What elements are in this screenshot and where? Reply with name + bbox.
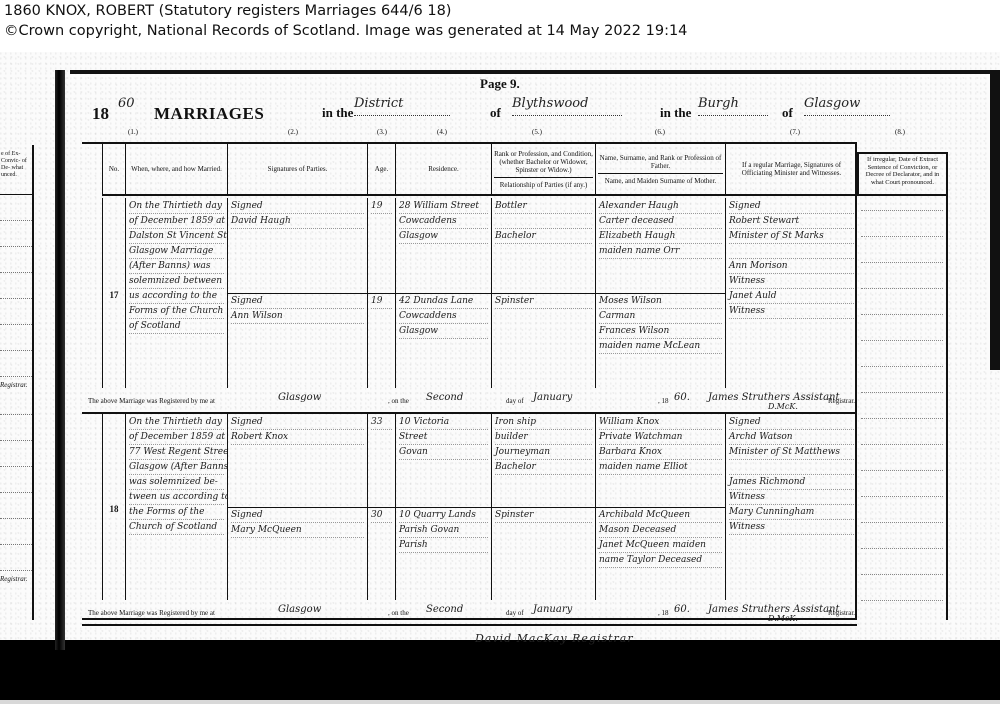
page-top-rule — [70, 70, 1000, 74]
registration-on-the: , on the — [388, 609, 409, 617]
column-number: (5.) — [532, 128, 542, 136]
bride-parents-cell-line: Carman — [599, 309, 722, 324]
when-where-cell-line: was solemnized be- — [129, 475, 224, 490]
when-where-cell-line: the Forms of the — [129, 505, 224, 520]
bride-signature-cell-line: Signed — [231, 508, 364, 523]
header-mother: Name, and Maiden Surname of Mother. — [598, 173, 723, 185]
year-prefix: 18 — [92, 104, 109, 124]
groom-parents-cell-line: Private Watchman — [599, 430, 722, 445]
record-title: 1860 KNOX, ROBERT (Statutory registers M… — [4, 1, 1000, 21]
groom-age-cell-line: 19 — [371, 199, 392, 214]
registration-prefix: The above Marriage was Registered by me … — [88, 397, 215, 405]
minister-witnesses-cell-line: Janet Auld — [729, 289, 854, 304]
registration-line: The above Marriage was Registered by me … — [88, 390, 857, 410]
registration-prefix: The above Marriage was Registered by me … — [88, 609, 215, 617]
header-signatures: Signatures of Parties. — [228, 144, 368, 196]
registration-day-of: day of — [506, 397, 524, 405]
register-entry: 18On the Thirtieth dayof December 1859 a… — [82, 414, 857, 626]
groom-residence-cell: 10 VictoriaStreetGovan — [396, 414, 492, 507]
district-name: Blythswood — [512, 96, 622, 116]
minister-witnesses-cell-line: Witness — [729, 274, 854, 289]
bride-parents-cell-line: Frances Wilson — [599, 324, 722, 339]
header-when-where: When, where, and how Married. — [126, 144, 228, 196]
when-where-cell-line: On the Thirtieth day — [129, 199, 224, 214]
registration-year-prefix: , 18 — [658, 397, 669, 405]
header-rank-condition: Rank or Profession, and Condition, (whet… — [494, 150, 593, 174]
groom-age-cell: 19 — [368, 198, 396, 293]
bride-residence-cell: 42 Dundas LaneCowcaddensGlasgow — [396, 293, 492, 388]
when-where-cell-line: Glasgow Marriage — [129, 244, 224, 259]
groom-signature-cell-line: Signed — [231, 415, 364, 430]
header-minister: If a regular Marriage, Signatures of Off… — [726, 144, 857, 196]
when-where-cell-line: Glasgow (After Banns) — [129, 460, 224, 475]
minister-witnesses-cell-line: Signed — [729, 415, 854, 430]
column-number: (2.) — [288, 128, 298, 136]
when-where-cell-line: Dalston St Vincent Street — [129, 229, 224, 244]
previous-page-header: e of Ex- Convic- of De- what unced. — [0, 145, 32, 195]
registration-place: Glasgow — [278, 604, 321, 615]
bride-residence-cell-line: 10 Quarry Lands — [399, 508, 488, 523]
header-age: Age. — [368, 144, 396, 196]
registration-month: January — [533, 392, 572, 403]
registration-registrar-suffix: Registrar. — [828, 609, 855, 617]
book-spine — [55, 70, 65, 650]
marriage-register-table: No. When, where, and how Married. Signat… — [82, 142, 857, 620]
groom-residence-cell-line: 10 Victoria — [399, 415, 488, 430]
registration-on-the: , on the — [388, 397, 409, 405]
column-number: (3.) — [377, 128, 387, 136]
register-entry: 17On the Thirtieth dayof December 1859 a… — [82, 198, 857, 414]
groom-rank-cell-line: Bottler — [495, 199, 592, 214]
groom-rank-cell-line: Iron ship — [495, 415, 592, 430]
groom-parents-cell: Alexander HaughCarter deceasedElizabeth … — [596, 198, 726, 293]
header-father: Name, Surname, and Rank or Profession of… — [598, 154, 723, 170]
when-where-cell: On the Thirtieth dayof December 1859 at7… — [126, 414, 228, 600]
entry-number: 18 — [102, 504, 126, 514]
groom-rank-cell: Iron shipbuilderJourneymanBachelor — [492, 414, 596, 507]
in-the-label: in the — [322, 105, 353, 121]
registrar-signature: David MacKay Registrar — [475, 632, 634, 645]
when-where-cell-line: (After Banns) was — [129, 259, 224, 274]
when-where-cell-line: Church of Scotland — [129, 520, 224, 535]
groom-rank-cell-line: Bachelor — [495, 460, 592, 475]
column-number: (8.) — [895, 128, 905, 136]
header-no: No. — [102, 144, 126, 196]
groom-signature-cell-line: Signed — [231, 199, 364, 214]
copyright-notice: ©Crown copyright, National Records of Sc… — [4, 21, 1000, 41]
bride-residence-cell: 10 Quarry LandsParish GovanParish — [396, 507, 492, 600]
column-number: (7.) — [790, 128, 800, 136]
header-parents: Name, Surname, and Rank or Profession of… — [596, 144, 726, 196]
bride-residence-cell-line: Cowcaddens — [399, 309, 488, 324]
registration-day: Second — [426, 604, 463, 615]
registration-initials: D.McK. — [768, 402, 798, 411]
minister-witnesses-cell-line — [729, 460, 854, 475]
previous-page-fragment: e of Ex- Convic- of De- what unced. Regi… — [0, 145, 34, 620]
minister-witnesses-cell-line: Minister of St Marks — [729, 229, 854, 244]
groom-signature-cell-line: David Haugh — [231, 214, 364, 229]
bride-residence-cell-line: 42 Dundas Lane — [399, 294, 488, 309]
header-residence: Residence. — [396, 144, 492, 196]
when-where-cell-line: us according to the — [129, 289, 224, 304]
bride-parents-cell-line: name Taylor Deceased — [599, 553, 722, 568]
page-number: Page 9. — [480, 76, 520, 92]
groom-signature-cell-line: Robert Knox — [231, 430, 364, 445]
minister-witnesses-cell-line — [729, 244, 854, 259]
groom-signature-cell: SignedDavid Haugh — [228, 198, 368, 293]
entry-number: 17 — [102, 290, 126, 300]
groom-parents-cell-line: maiden name Orr — [599, 244, 722, 259]
registration-month: January — [533, 604, 572, 615]
when-where-cell-line: of December 1859 at — [129, 214, 224, 229]
bride-residence-cell-line: Glasgow — [399, 324, 488, 339]
scan-bottom-border — [0, 640, 1000, 700]
viewer-bottom-edge — [0, 700, 1000, 704]
registration-day: Second — [426, 392, 463, 403]
of-label-2: of — [782, 105, 793, 121]
groom-rank-cell-line: Journeyman — [495, 445, 592, 460]
bride-parents-cell-line: Archibald McQueen — [599, 508, 722, 523]
burgh-name: Glasgow — [804, 96, 890, 116]
in-the-label-2: in the — [660, 105, 691, 121]
groom-parents-cell-line: Barbara Knox — [599, 445, 722, 460]
bride-parents-cell: Archibald McQueenMason DeceasedJanet McQ… — [596, 507, 726, 600]
bride-signature-cell-line: Mary McQueen — [231, 523, 364, 538]
bride-signature-cell: SignedAnn Wilson — [228, 293, 368, 388]
burgh-type: Burgh — [698, 96, 768, 116]
registration-initials: D.McK. — [768, 614, 798, 623]
minister-witnesses-cell-line: Robert Stewart — [729, 214, 854, 229]
minister-witnesses-cell-line: Minister of St Matthews — [729, 445, 854, 460]
registration-year-prefix: , 18 — [658, 609, 669, 617]
when-where-cell-line: 77 West Regent Street — [129, 445, 224, 460]
column-number: (1.) — [128, 128, 138, 136]
groom-residence-cell-line: Glasgow — [399, 229, 488, 244]
minister-witnesses-cell: SignedRobert StewartMinister of St Marks… — [726, 198, 857, 388]
minister-witnesses-cell-line: Ann Morison — [729, 259, 854, 274]
when-where-cell-line: tween us according to — [129, 490, 224, 505]
bride-residence-cell-line: Parish Govan — [399, 523, 488, 538]
groom-rank-cell-line — [495, 214, 592, 229]
groom-age-cell-line: 33 — [371, 415, 392, 430]
when-where-cell-line: solemnized between — [129, 274, 224, 289]
groom-residence-cell-line: Street — [399, 430, 488, 445]
bride-rank-cell-line: Spinster — [495, 508, 592, 523]
when-where-cell: On the Thirtieth dayof December 1859 atD… — [126, 198, 228, 388]
minister-witnesses-cell-line: Signed — [729, 199, 854, 214]
groom-signature-cell: SignedRobert Knox — [228, 414, 368, 507]
groom-residence-cell-line: Govan — [399, 445, 488, 460]
header-irregular: If irregular, Date of Extract Sentence o… — [857, 152, 948, 196]
register-title: MARRIAGES — [154, 104, 264, 124]
previous-page-registrar-1: Registrar. — [0, 377, 32, 389]
minister-witnesses-cell-line: Archd Watson — [729, 430, 854, 445]
bride-rank-cell: Spinster — [492, 507, 596, 600]
registration-place: Glasgow — [278, 392, 321, 403]
previous-page-registrar-2: Registrar. — [0, 571, 32, 583]
bride-signature-cell-line: Ann Wilson — [231, 309, 364, 324]
groom-residence-cell-line: Cowcaddens — [399, 214, 488, 229]
minister-witnesses-cell-line: Witness — [729, 304, 854, 319]
bride-rank-cell-line: Spinster — [495, 294, 592, 309]
header-rank: Rank or Profession, and Condition, (whet… — [492, 144, 596, 196]
page-right-edge — [990, 70, 1000, 370]
groom-rank-cell-line: Bachelor — [495, 229, 592, 244]
minister-witnesses-cell: SignedArchd WatsonMinister of St Matthew… — [726, 414, 857, 600]
groom-parents-cell-line: maiden name Elliot — [599, 460, 722, 475]
bride-parents-cell-line: Janet McQueen maiden — [599, 538, 722, 553]
minister-witnesses-cell-line: Witness — [729, 520, 854, 535]
record-caption: 1860 KNOX, ROBERT (Statutory registers M… — [4, 1, 1000, 41]
of-label: of — [490, 105, 501, 121]
when-where-cell-line: of December 1859 at — [129, 430, 224, 445]
registration-registrar-suffix: Registrar. — [828, 397, 855, 405]
groom-rank-cell-line: builder — [495, 430, 592, 445]
groom-parents-cell-line: Carter deceased — [599, 214, 722, 229]
header-relationship: Relationship of Parties (if any.) — [494, 177, 593, 189]
groom-parents-cell: William KnoxPrivate WatchmanBarbara Knox… — [596, 414, 726, 507]
bride-rank-cell: Spinster — [492, 293, 596, 388]
minister-witnesses-cell-line: James Richmond — [729, 475, 854, 490]
groom-parents-cell-line: William Knox — [599, 415, 722, 430]
registration-year: 60. — [674, 392, 690, 403]
bride-signature-cell-line: Signed — [231, 294, 364, 309]
bride-age-cell-line: 30 — [371, 508, 392, 523]
bride-age-cell-line: 19 — [371, 294, 392, 309]
groom-parents-cell-line: Alexander Haugh — [599, 199, 722, 214]
register-headline: 18 60 MARRIAGES in the District of Blyth… — [92, 96, 892, 126]
column-number: (6.) — [655, 128, 665, 136]
registration-day-of: day of — [506, 609, 524, 617]
bride-residence-cell-line: Parish — [399, 538, 488, 553]
when-where-cell-line: Forms of the Church — [129, 304, 224, 319]
bride-signature-cell: SignedMary McQueen — [228, 507, 368, 600]
when-where-cell-line: On the Thirtieth day — [129, 415, 224, 430]
bride-age-cell: 19 — [368, 293, 396, 388]
minister-witnesses-cell-line: Witness — [729, 490, 854, 505]
irregular-column — [857, 196, 948, 620]
when-where-cell-line: of Scotland — [129, 319, 224, 334]
registration-year: 60. — [674, 604, 690, 615]
district-type: District — [354, 96, 450, 116]
bride-parents-cell: Moses WilsonCarmanFrances Wilsonmaiden n… — [596, 293, 726, 388]
column-numbers: (1.) (2.) (3.) (4.) (5.) (6.) (7.) (8.) — [100, 128, 900, 140]
year-handwritten: 60 — [118, 96, 135, 111]
bride-parents-cell-line: Moses Wilson — [599, 294, 722, 309]
groom-residence-cell: 28 William StreetCowcaddensGlasgow — [396, 198, 492, 293]
bride-parents-cell-line: Mason Deceased — [599, 523, 722, 538]
groom-residence-cell-line: 28 William Street — [399, 199, 488, 214]
bride-parents-cell-line: maiden name McLean — [599, 339, 722, 354]
groom-age-cell: 33 — [368, 414, 396, 507]
column-number: (4.) — [437, 128, 447, 136]
groom-rank-cell: Bottler Bachelor — [492, 198, 596, 293]
registration-line: The above Marriage was Registered by me … — [88, 602, 857, 622]
groom-parents-cell-line: Elizabeth Haugh — [599, 229, 722, 244]
minister-witnesses-cell-line: Mary Cunningham — [729, 505, 854, 520]
bride-age-cell: 30 — [368, 507, 396, 600]
